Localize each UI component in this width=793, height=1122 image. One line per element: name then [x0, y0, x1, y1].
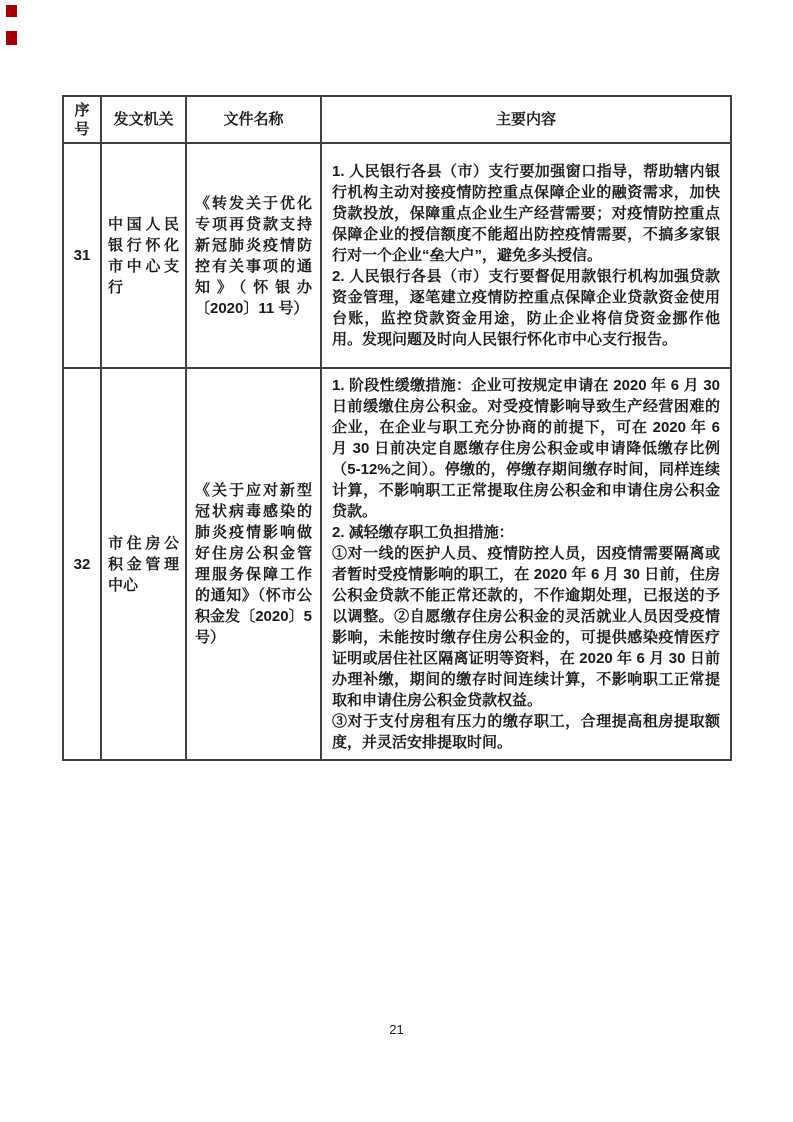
- content-paragraph: 1. 阶段性缓缴措施：企业可按规定申请在 2020 年 6 月 30 日前缓缴住…: [332, 375, 720, 522]
- page-number: 21: [0, 1022, 793, 1037]
- content-paragraph: 2. 人民银行各县（市）支行要督促用款银行机构加强贷款资金管理，逐笔建立疫情防控…: [332, 266, 720, 350]
- row-number-cell: 32: [63, 368, 101, 760]
- table-row-32: 32 市住房公积金管理中心 《关于应对新型冠状病毒感染的肺炎疫情影响做好住房公积…: [63, 368, 731, 760]
- red-stamp-mark-top: [6, 5, 17, 17]
- red-stamp-mark-bottom: [6, 31, 17, 45]
- agency-cell: 市住房公积金管理中心: [101, 368, 186, 760]
- header-serial-number: 序号: [63, 96, 101, 143]
- header-main-content: 主要内容: [321, 96, 731, 143]
- content-paragraph: ③对于支付房租有压力的缴存职工，合理提高租房提取额度，并灵活安排提取时间。: [332, 711, 720, 753]
- doc-title-cell: 《转发关于优化专项再贷款支持新冠肺炎疫情防控有关事项的通知》（怀银办〔2020〕…: [186, 143, 321, 368]
- content-cell: 1. 阶段性缓缴措施：企业可按规定申请在 2020 年 6 月 30 日前缓缴住…: [321, 368, 731, 760]
- content-cell: 1. 人民银行各县（市）支行要加强窗口指导，帮助辖内银行机构主动对接疫情防控重点…: [321, 143, 731, 368]
- header-issuing-agency: 发文机关: [101, 96, 186, 143]
- document-page: 序号 发文机关 文件名称 主要内容 31 中国人民银行怀化市中心支行 《转发关于…: [0, 0, 793, 1122]
- header-document-name: 文件名称: [186, 96, 321, 143]
- table-header-row: 序号 发文机关 文件名称 主要内容: [63, 96, 731, 143]
- doc-title-cell: 《关于应对新型冠状病毒感染的肺炎疫情影响做好住房公积金管理服务保障工作的通知》（…: [186, 368, 321, 760]
- agency-cell: 中国人民银行怀化市中心支行: [101, 143, 186, 368]
- content-paragraph: ①对一线的医护人员、疫情防控人员，因疫情需要隔离或者暂时受疫情影响的职工，在 2…: [332, 543, 720, 711]
- policy-documents-table: 序号 发文机关 文件名称 主要内容 31 中国人民银行怀化市中心支行 《转发关于…: [62, 95, 732, 761]
- table-row-31: 31 中国人民银行怀化市中心支行 《转发关于优化专项再贷款支持新冠肺炎疫情防控有…: [63, 143, 731, 368]
- row-number-cell: 31: [63, 143, 101, 368]
- content-paragraph: 2. 减轻缴存职工负担措施：: [332, 522, 720, 543]
- content-paragraph: 1. 人民银行各县（市）支行要加强窗口指导，帮助辖内银行机构主动对接疫情防控重点…: [332, 161, 720, 266]
